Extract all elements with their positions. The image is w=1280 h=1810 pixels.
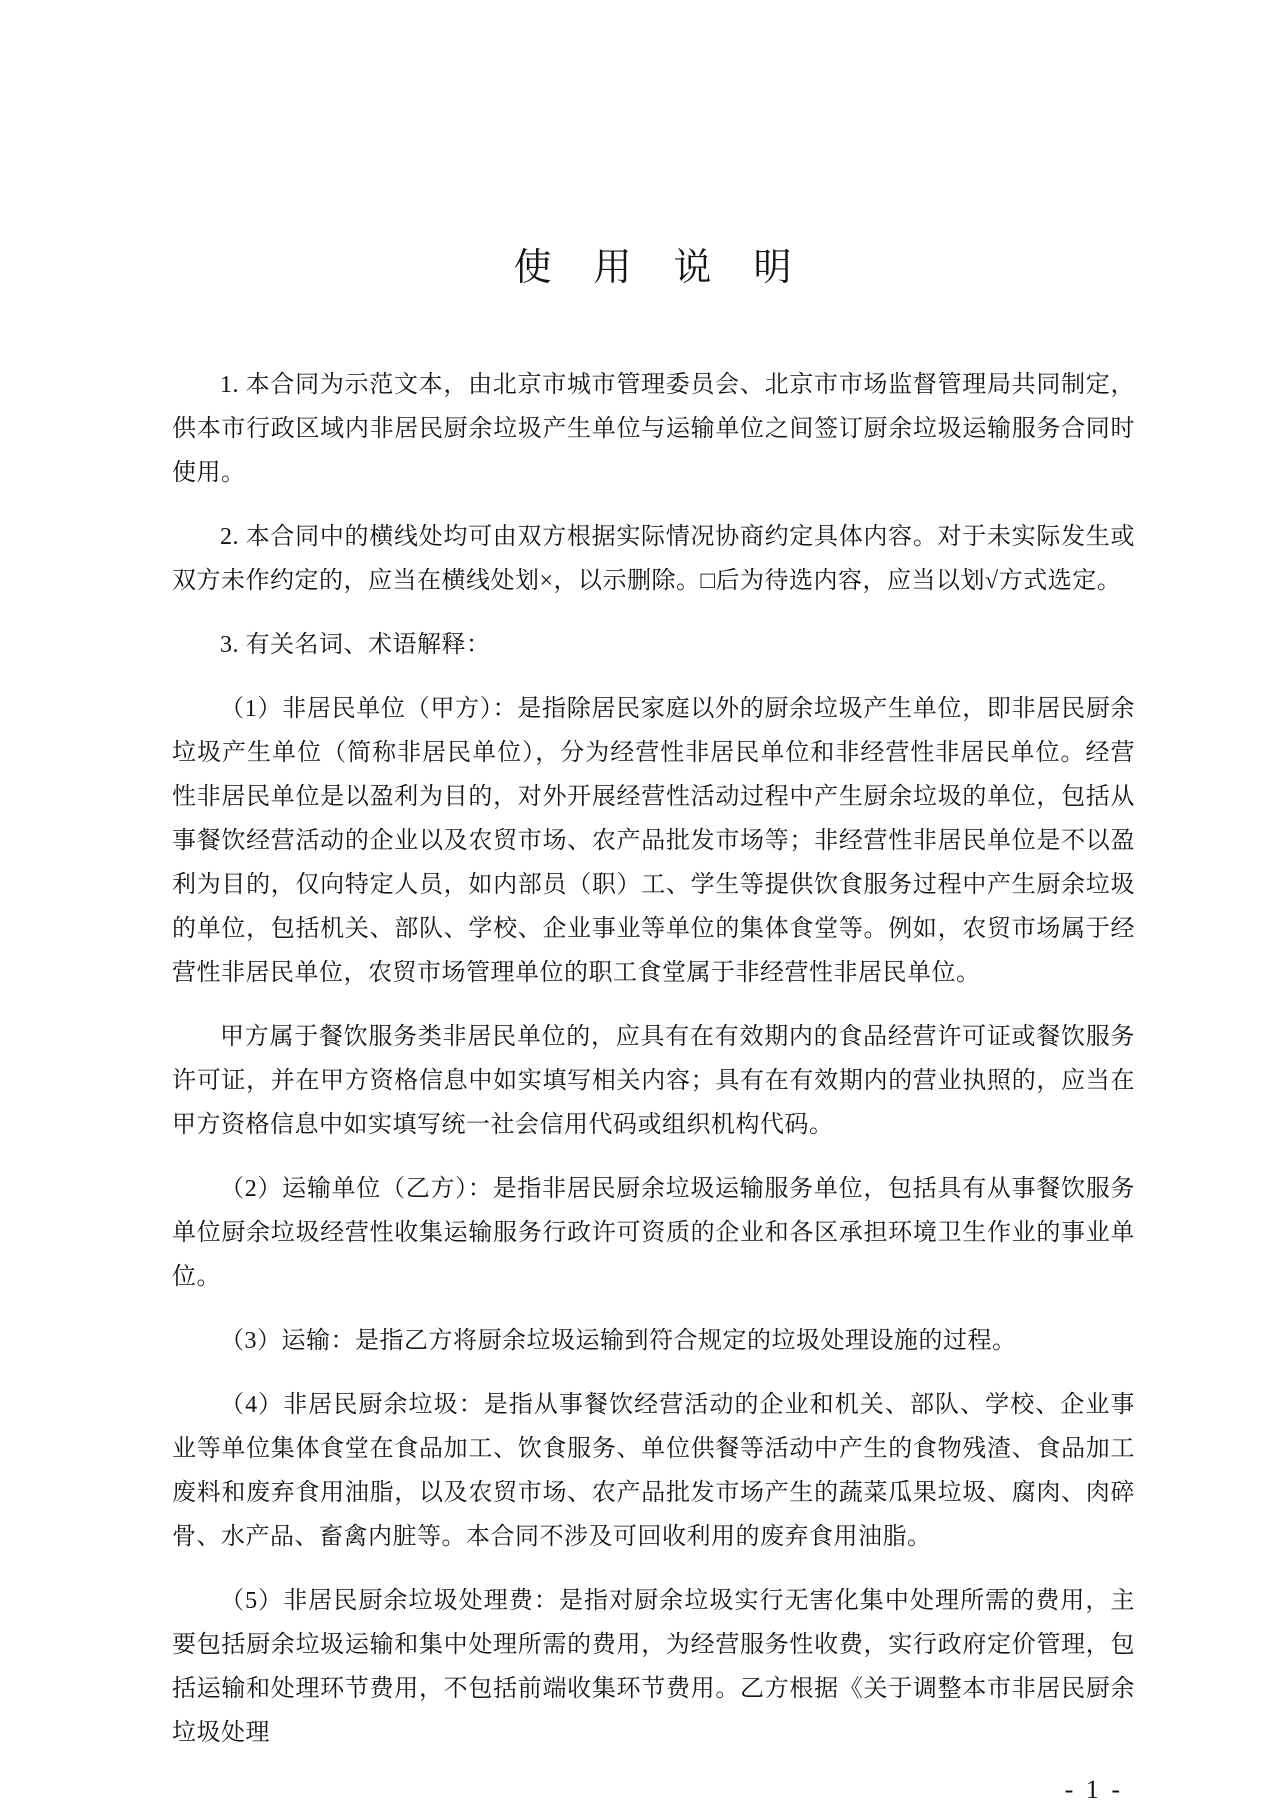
paragraph-term-4-kitchen-waste: （4）非居民厨余垃圾：是指从事餐饮经营活动的企业和机关、部队、学校、企业事业等单… [172, 1383, 1135, 1559]
document-body: 1. 本合同为示范文本，由北京市城市管理委员会、北京市市场监督管理局共同制定，供… [172, 363, 1135, 1755]
paragraph-instruction-2: 2. 本合同中的横线处均可由双方根据实际情况协商约定具体内容。对于未实际发生或双… [172, 515, 1135, 603]
paragraph-term-2-transport-unit: （2）运输单位（乙方）：是指非居民厨余垃圾运输服务单位，包括具有从事餐饮服务单位… [172, 1167, 1135, 1299]
document-page: 使 用 说 明 1. 本合同为示范文本，由北京市城市管理委员会、北京市市场监督管… [172, 0, 1135, 1805]
page-title: 使 用 说 明 [172, 243, 1135, 293]
paragraph-term-1-non-resident-unit: （1）非居民单位（甲方）：是指除居民家庭以外的厨余垃圾产生单位，即非居民厨余垃圾… [172, 687, 1135, 995]
paragraph-instruction-3-heading: 3. 有关名词、术语解释： [172, 623, 1135, 667]
paragraph-term-3-transport: （3）运输：是指乙方将厨余垃圾运输到符合规定的垃圾处理设施的过程。 [172, 1319, 1135, 1363]
paragraph-term-5-disposal-fee: （5）非居民厨余垃圾处理费：是指对厨余垃圾实行无害化集中处理所需的费用，主要包括… [172, 1579, 1135, 1755]
paragraph-term-1-supplement: 甲方属于餐饮服务类非居民单位的，应具有在有效期内的食品经营许可证或餐饮服务许可证… [172, 1015, 1135, 1147]
paragraph-instruction-1: 1. 本合同为示范文本，由北京市城市管理委员会、北京市市场监督管理局共同制定，供… [172, 363, 1135, 495]
page-number: - 1 - [172, 1775, 1135, 1805]
